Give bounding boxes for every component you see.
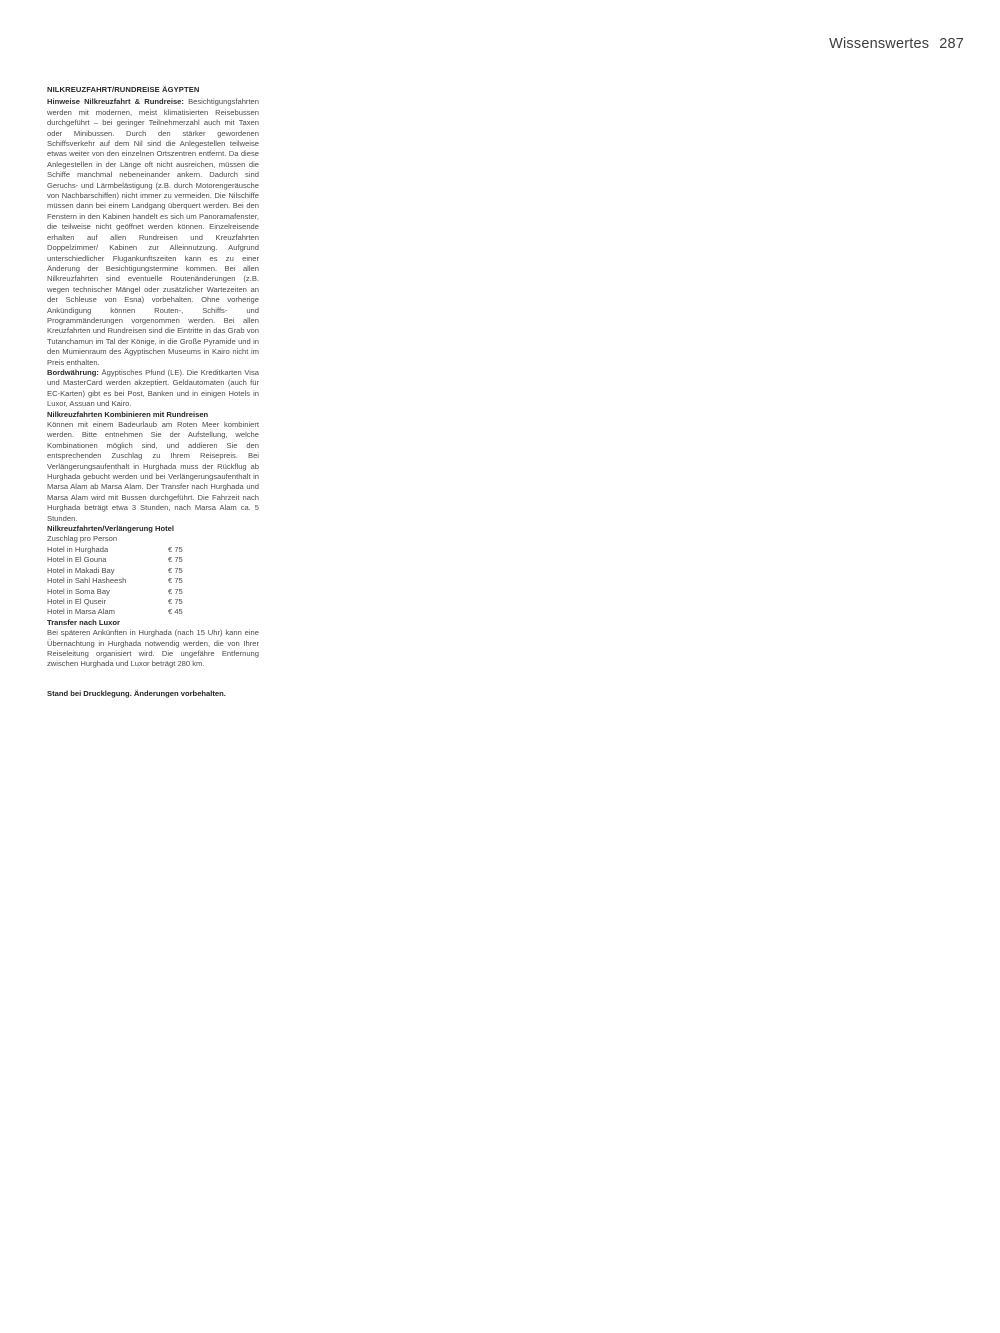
- paragraph-bordwaehrung: Bordwährung: Ägyptisches Pfund (LE). Die…: [47, 368, 259, 410]
- hotel-label: Hotel in Sahl Hasheesh: [47, 576, 168, 586]
- paragraph-kombinieren: Können mit einem Badeurlaub am Roten Mee…: [47, 420, 259, 524]
- bordwaehrung-lead-in: Bordwährung:: [47, 368, 99, 377]
- hinweise-text: Besichtigungsfahrten werden mit modernen…: [47, 97, 259, 366]
- page-number: 287: [939, 36, 964, 52]
- table-row: Hotel in El Gouna € 75: [47, 555, 259, 565]
- price-table-subheading: Zuschlag pro Person: [47, 534, 259, 544]
- hotel-label: Hotel in Hurghada: [47, 545, 168, 555]
- hotel-label: Hotel in El Quseir: [47, 597, 168, 607]
- heading-transfer: Transfer nach Luxor: [47, 618, 259, 628]
- footnote-disclaimer: Stand bei Drucklegung. Änderungen vorbeh…: [47, 689, 259, 699]
- running-header: Wissenswertes287: [829, 36, 964, 52]
- hotel-label: Hotel in Makadi Bay: [47, 566, 168, 576]
- table-row: Hotel in Soma Bay € 75: [47, 587, 259, 597]
- hotel-price: € 75: [168, 566, 183, 576]
- hotel-price: € 45: [168, 607, 183, 617]
- text-column: NILKREUZFAHRT/RUNDREISE ÄGYPTEN Hinweise…: [47, 85, 259, 699]
- table-row: Hotel in El Quseir € 75: [47, 597, 259, 607]
- paragraph-hinweise: Hinweise Nilkreuzfahrt & Rundreise: Besi…: [47, 97, 259, 368]
- hinweise-lead-in: Hinweise Nilkreuzfahrt & Rundreise:: [47, 97, 184, 106]
- hotel-price: € 75: [168, 555, 183, 565]
- price-table: Hotel in Hurghada € 75 Hotel in El Gouna…: [47, 545, 259, 618]
- table-row: Hotel in Makadi Bay € 75: [47, 566, 259, 576]
- heading-price-table: Nilkreuzfahrten/Verlängerung Hotel: [47, 524, 259, 534]
- hotel-label: Hotel in Soma Bay: [47, 587, 168, 597]
- hotel-label: Hotel in Marsa Alam: [47, 607, 168, 617]
- paragraph-transfer: Bei späteren Ankünften in Hurghada (nach…: [47, 628, 259, 670]
- hotel-price: € 75: [168, 576, 183, 586]
- table-row: Hotel in Sahl Hasheesh € 75: [47, 576, 259, 586]
- table-row: Hotel in Hurghada € 75: [47, 545, 259, 555]
- table-row: Hotel in Marsa Alam € 45: [47, 607, 259, 617]
- heading-kombinieren: Nilkreuzfahrten Kombinieren mit Rundreis…: [47, 410, 259, 420]
- hotel-price: € 75: [168, 545, 183, 555]
- section-label: Wissenswertes: [829, 36, 929, 52]
- catalog-page: Wissenswertes287 NILKREUZFAHRT/RUNDREISE…: [0, 0, 1000, 1333]
- hotel-label: Hotel in El Gouna: [47, 555, 168, 565]
- article-title: NILKREUZFAHRT/RUNDREISE ÄGYPTEN: [47, 85, 259, 95]
- hotel-price: € 75: [168, 587, 183, 597]
- hotel-price: € 75: [168, 597, 183, 607]
